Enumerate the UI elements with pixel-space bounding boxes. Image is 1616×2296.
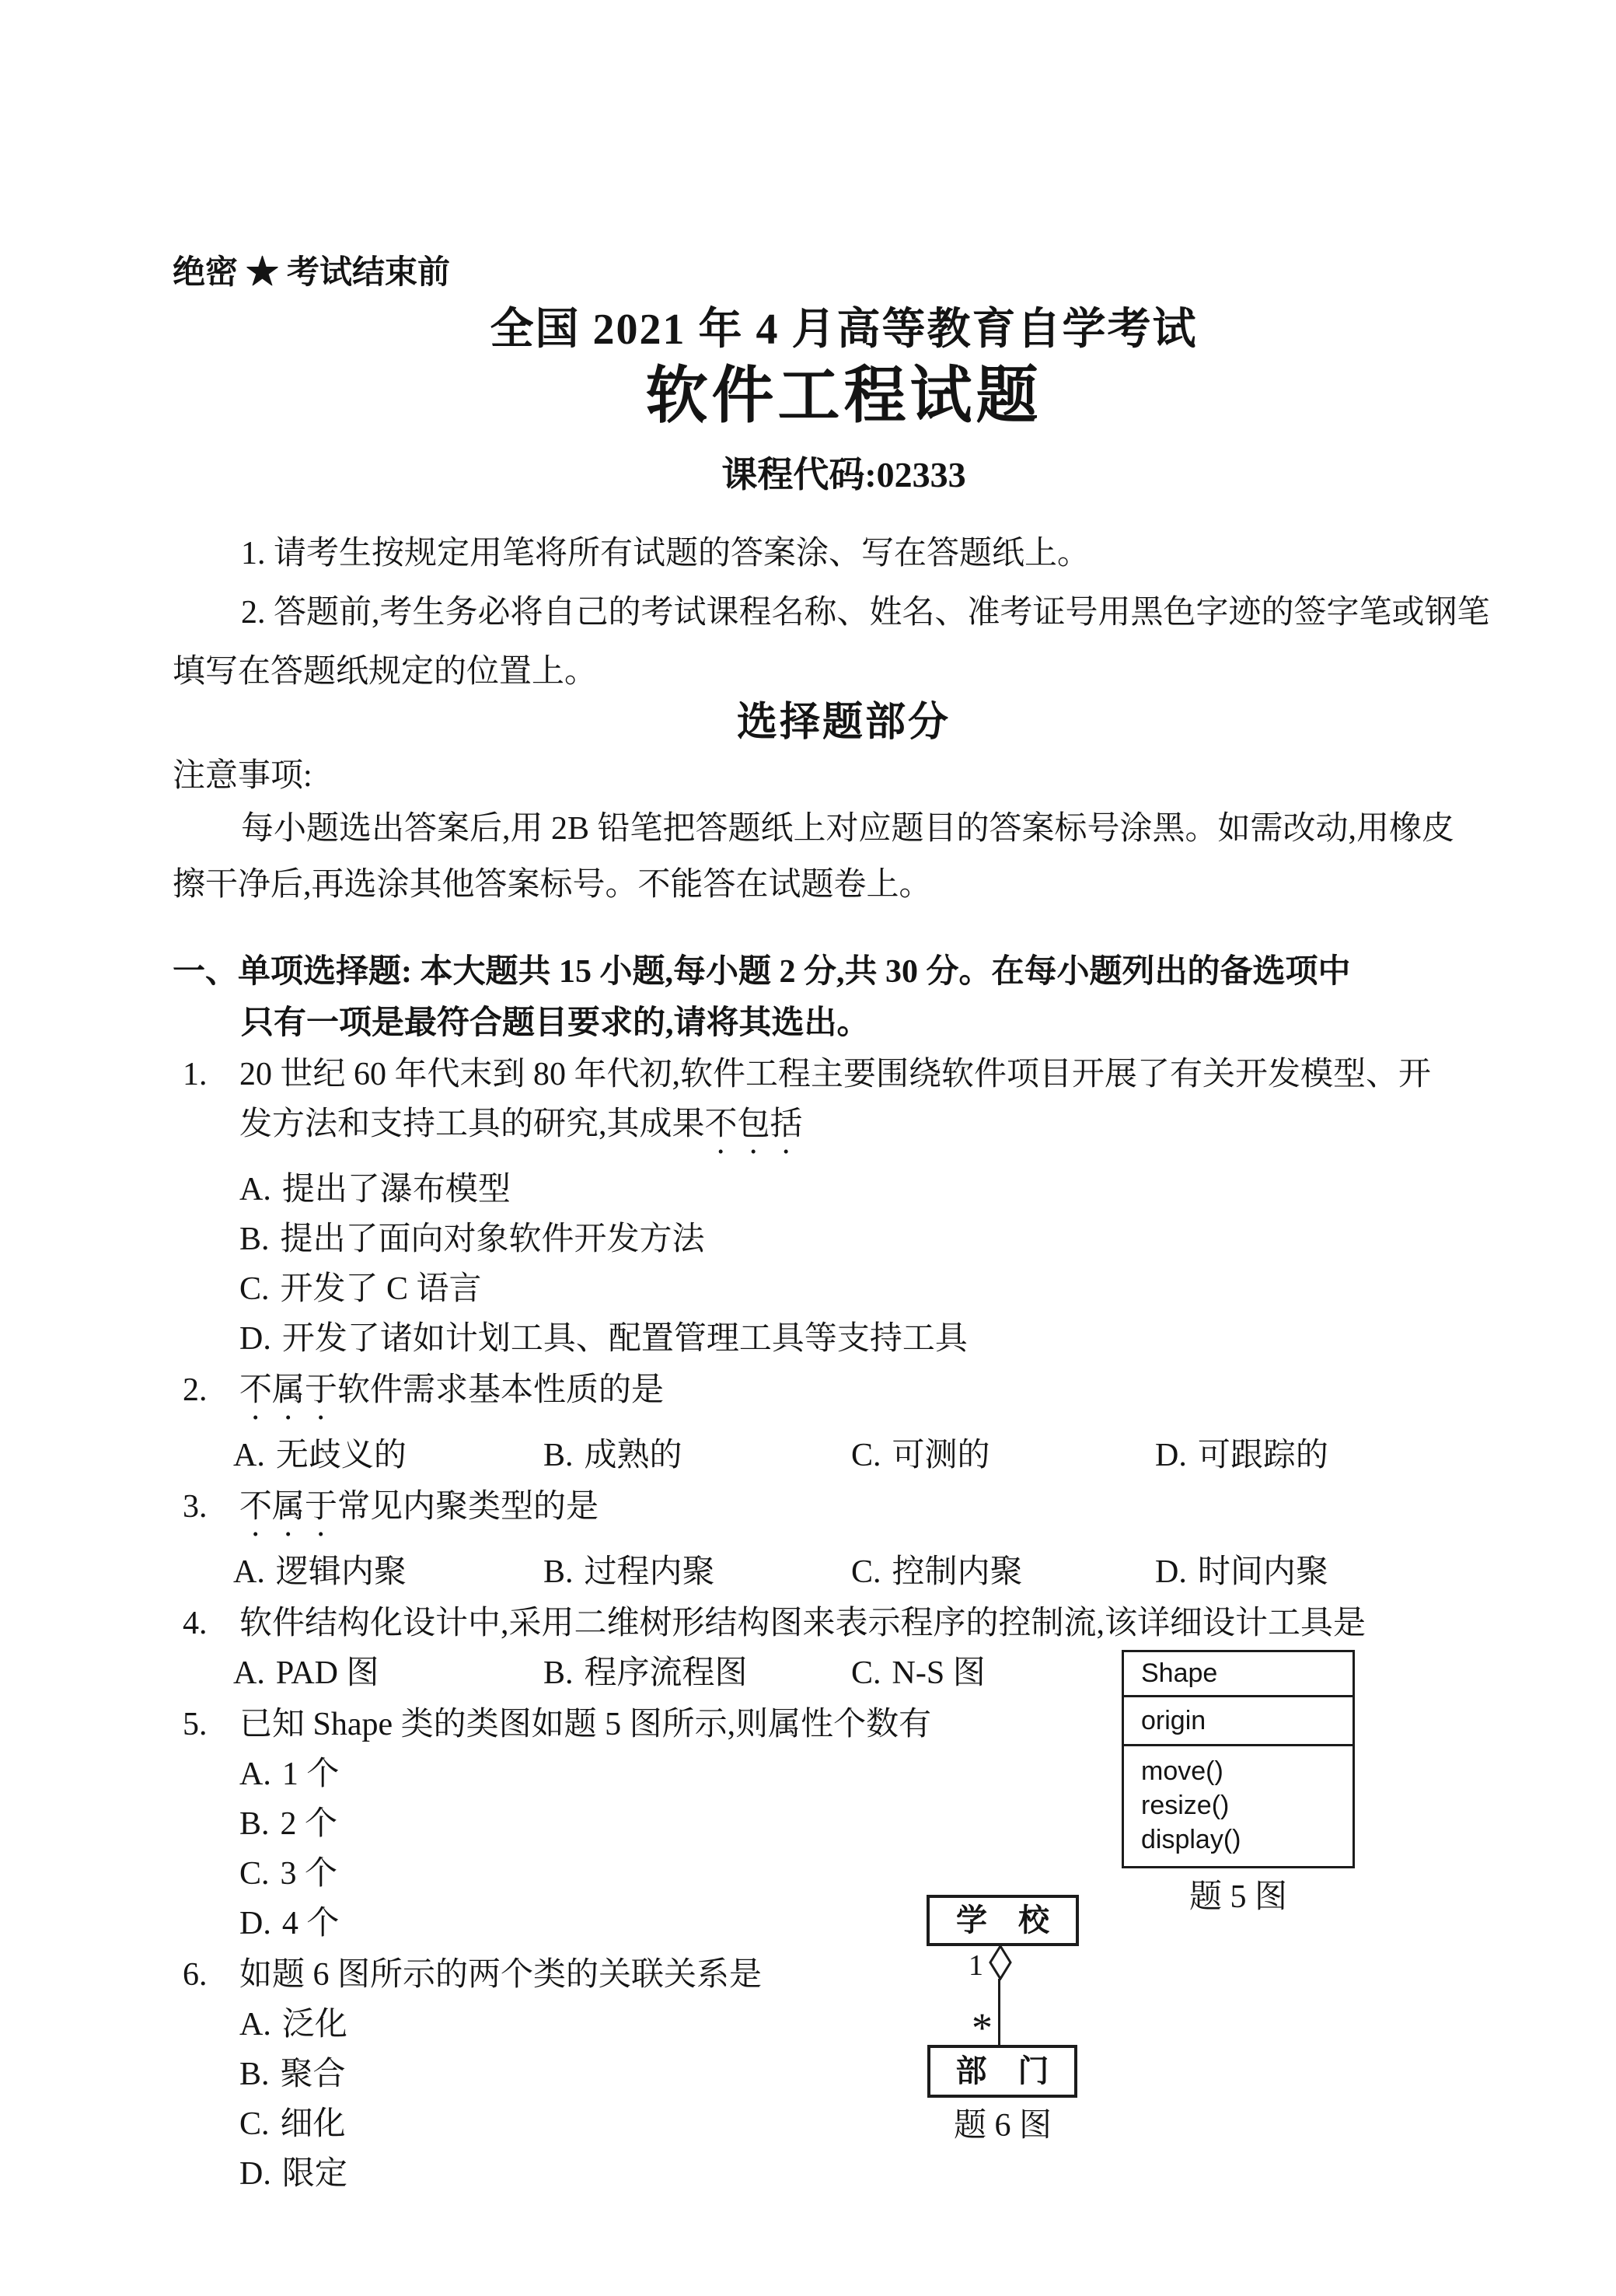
question-3-stem: 3.不属于常见内聚类型的是 <box>173 1486 1515 1543</box>
question-2-number: 2. <box>183 1369 239 1411</box>
exam-paper-page: 绝密 ★ 考试结束前 全国 2021 年 4 月高等教育自学考试 软件工程试题 … <box>0 0 1616 2296</box>
exam-title: 全国 2021 年 4 月高等教育自学考试 <box>173 302 1515 357</box>
question-3-option-c: C.控制内聚 <box>851 1551 1155 1593</box>
uml-attribute-origin: origin <box>1124 1697 1352 1746</box>
question-6-number: 6. <box>183 1954 239 1996</box>
question-1-option-c: C.开发了 C 语言 <box>173 1268 1515 1310</box>
uml-method-display: display() <box>1141 1822 1352 1857</box>
question-3-option-d: D.时间内聚 <box>1155 1551 1515 1593</box>
part-heading-line-2: 只有一项是最符合题目要求的,请将其选出。 <box>173 1002 1515 1044</box>
question-4-option-b: B.程序流程图 <box>543 1652 851 1694</box>
question-1-option-b: B.提出了面向对象软件开发方法 <box>173 1218 1515 1260</box>
question-4-stem: 4.软件结构化设计中,采用二维树形结构图来表示程序的控制流,该详细设计工具是 <box>173 1602 1515 1644</box>
instruction-line-2-continued: 填写在答题纸规定的位置上。 <box>173 651 1515 693</box>
question-4-option-a: A.PAD 图 <box>233 1652 543 1694</box>
question-1-stem-line1: 20 世纪 60 年代末到 80 年代初,软件工程主要围绕软件项目开展了有关开发… <box>239 1057 1431 1092</box>
question-1-stem: 1.20 世纪 60 年代末到 80 年代初,软件工程主要围绕软件项目开展了有关… <box>173 1054 1515 1096</box>
uml-class-box-department: 部 门 <box>927 2045 1077 2098</box>
multiplicity-many-label: * <box>972 2013 993 2043</box>
uml-method-resize: resize() <box>1141 1788 1352 1822</box>
figure-6-caption: 题 6 图 <box>917 2106 1088 2145</box>
question-2-option-d: D.可跟踪的 <box>1155 1435 1515 1476</box>
subject-title: 软件工程试题 <box>173 362 1515 432</box>
question-1-stem-line2: 发方法和支持工具的研究,其成果不包括 <box>173 1103 1515 1161</box>
notes-label: 注意事项: <box>173 755 1515 797</box>
uml-class-box-shape: Shape origin move() resize() display() <box>1122 1650 1355 1868</box>
question-6-stem: 6.如题 6 图所示的两个类的关联关系是 <box>173 1954 1515 1996</box>
multiplicity-one-label: 1 <box>969 1951 983 1980</box>
figure-question-5: Shape origin move() resize() display() 题… <box>1122 1650 1355 1917</box>
question-3-number: 3. <box>183 1486 239 1528</box>
classification-label: 绝密 ★ 考试结束前 <box>173 253 1515 293</box>
question-2-option-b: B.成熟的 <box>543 1435 851 1476</box>
part-heading-line-1: 一、单项选择题: 本大题共 15 小题,每小题 2 分,共 30 分。在每小题列… <box>173 951 1515 993</box>
figure-question-6: 学 校 1 * 部 门 题 6 图 <box>894 1895 1119 2151</box>
section-title: 选择题部分 <box>173 699 1515 747</box>
uml-class-name: Shape <box>1124 1652 1352 1697</box>
uml-class-box-school: 学 校 <box>927 1895 1079 1946</box>
question-6-option-c: C.细化 <box>173 2103 1515 2145</box>
question-2-option-a: A.无歧义的 <box>233 1435 543 1476</box>
question-4-option-c: C.N-S 图 <box>851 1652 1155 1694</box>
question-5-number: 5. <box>183 1704 239 1746</box>
uml-method-list: move() resize() display() <box>1124 1746 1352 1866</box>
question-6-option-d: D.限定 <box>173 2153 1515 2195</box>
uml-method-move: move() <box>1141 1754 1352 1788</box>
question-2-stem: 2.不属于软件需求基本性质的是 <box>173 1369 1515 1427</box>
figure-5-caption: 题 5 图 <box>1122 1878 1355 1917</box>
question-2-option-c: C.可测的 <box>851 1435 1155 1476</box>
question-6-option-b: B.聚合 <box>173 2053 1515 2095</box>
instruction-line-2: 2. 答题前,考生务必将自己的考试课程名称、姓名、准考证号用黑色字迹的签字笔或钢… <box>173 592 1515 634</box>
question-6-option-a: A.泛化 <box>173 2004 1515 2046</box>
association-line <box>998 1979 1000 2046</box>
question-4-number: 4. <box>183 1602 239 1644</box>
question-3-option-b: B.过程内聚 <box>543 1551 851 1593</box>
emphasized-text: 不属于 <box>239 1372 337 1408</box>
instruction-line-1: 1. 请考生按规定用笔将所有试题的答案涂、写在答题纸上。 <box>173 533 1515 575</box>
question-1-option-d: D.开发了诸如计划工具、配置管理工具等支持工具 <box>173 1318 1515 1360</box>
emphasized-text: 不属于 <box>239 1489 337 1525</box>
question-3-options: A.逻辑内聚 B.过程内聚 C.控制内聚 D.时间内聚 <box>173 1551 1515 1593</box>
course-code: 课程代码:02333 <box>173 453 1515 497</box>
note-line-1: 每小题选出答案后,用 2B 铅笔把答题纸上对应题目的答案标号涂黑。如需改动,用橡… <box>173 808 1515 850</box>
aggregation-diamond-icon <box>989 1945 1012 1980</box>
question-2-options: A.无歧义的 B.成熟的 C.可测的 D.可跟踪的 <box>173 1435 1515 1476</box>
question-1-number: 1. <box>183 1054 239 1096</box>
note-line-2: 擦干净后,再选涂其他答案标号。不能答在试题卷上。 <box>173 864 1515 906</box>
emphasized-text: 不包括 <box>705 1106 803 1142</box>
question-3-option-a: A.逻辑内聚 <box>233 1551 543 1593</box>
question-1-option-a: A.提出了瀑布模型 <box>173 1169 1515 1211</box>
